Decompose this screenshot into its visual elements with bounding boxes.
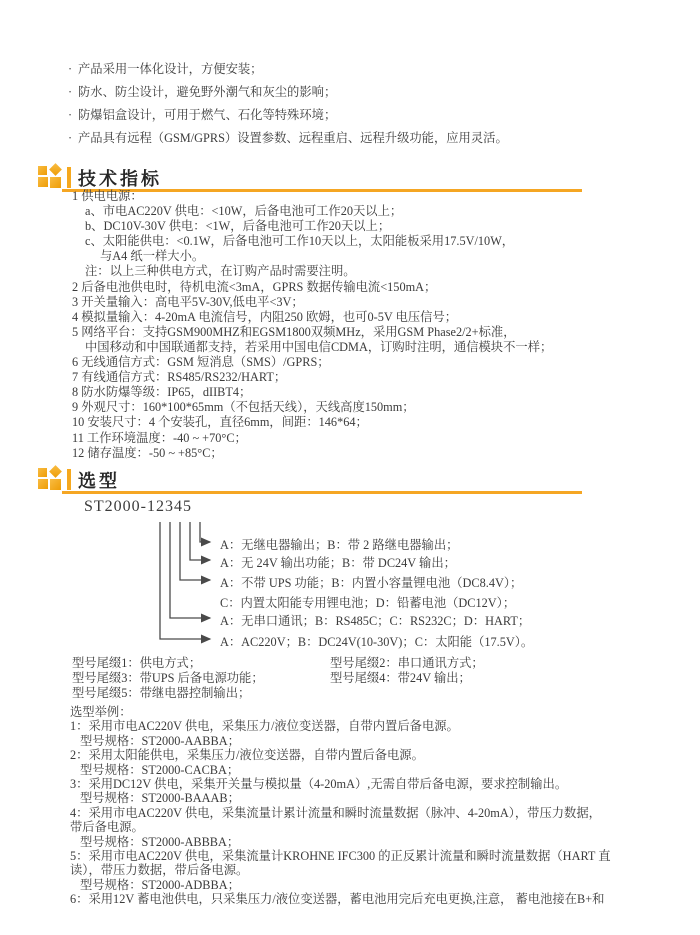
digit-legend-3: A：不带 UPS 功能；B：内置小容量锂电池（DC8.4V）； <box>220 573 522 591</box>
intro-bullet-text: 防水、防尘设计，避免野外潮气和灰尘的影响； <box>78 85 336 99</box>
spec-line: 3 开关量输入：高电平5V-30V,低电平<3V； <box>72 295 552 310</box>
spec-line: b、DC10V-30V 供电：<1W，后备电池可工作20天以上； <box>72 219 552 234</box>
example-spec: 型号规格：ST2000-CACBA； <box>70 763 611 777</box>
intro-bullet-text: 防爆铝盒设计，可用于燃气、石化等特殊环境； <box>78 108 336 122</box>
manual-page: ·产品采用一体化设计，方便安装； ·防水、防尘设计，避免野外潮气和灰尘的影响； … <box>0 0 700 935</box>
spec-line: 7 有线通信方式：RS485/RS232/HART； <box>72 370 552 385</box>
spec-line: a、市电AC220V 供电：<10W，后备电池可工作20天以上； <box>72 204 552 219</box>
example-line: 6：采用12V 蓄电池供电，只采集压力/液位变送器，蓄电池用完后充电更换,注意，… <box>70 892 611 906</box>
spec-line: c、太阳能供电：<0.1W，后备电池可工作10天以上，太阳能板采用17.5V/1… <box>72 234 552 249</box>
intro-bullet-list: ·产品采用一体化设计，方便安装； ·防水、防尘设计，避免野外潮气和灰尘的影响； … <box>68 58 508 150</box>
suffix-note-4: 型号尾缀4：带24V 输出； <box>330 668 471 686</box>
spec-line: 5 网络平台：支持GSM900MHZ和EGSM1800双频MHz，采用GSM P… <box>72 325 552 340</box>
header-accent-bar <box>67 167 71 188</box>
intro-bullet: ·产品具有远程（GSM/GPRS）设置参数、远程重启、远程升级功能，应用灵活。 <box>68 127 508 150</box>
tech-spec-list: 1 供电电源： a、市电AC220V 供电：<10W，后备电池可工作20天以上；… <box>72 189 552 461</box>
header-accent-bar <box>67 469 71 490</box>
spec-line: 8 防水防爆等级：IP65，dIIBT4； <box>72 385 552 400</box>
example-line: 2：采用太阳能供电，采集压力/液位变送器，自带内置后备电源。 <box>70 748 611 762</box>
example-spec: 型号规格：ST2000-BAAAB； <box>70 791 611 805</box>
intro-bullet-text: 产品具有远程（GSM/GPRS）设置参数、远程重启、远程升级功能，应用灵活。 <box>78 131 508 145</box>
digit-legend-3-continued: C：内置太阳能专用锂电池；D：铅蓄电池（DC12V）； <box>220 593 515 611</box>
digit-legend-2: A：无串口通讯；B：RS485C；C：RS232C；D：HART； <box>220 611 530 629</box>
spec-line: 12 储存温度：-50 ~ +85°C； <box>72 446 552 461</box>
orange-squares-icon <box>38 164 62 188</box>
example-line: 1：采用市电AC220V 供电，采集压力/液位变送器，自带内置后备电源。 <box>70 719 611 733</box>
spec-line: 与A4 纸一样大小。 <box>72 249 552 264</box>
bullet-dot-icon: · <box>68 81 78 104</box>
bullet-dot-icon: · <box>68 127 78 150</box>
selection-examples: 选型举例： 1：采用市电AC220V 供电，采集压力/液位变送器，自带内置后备电… <box>70 705 611 907</box>
spec-line: 11 工作环境温度：-40 ~ +70°C； <box>72 431 552 446</box>
spec-line: 1 供电电源： <box>72 189 552 204</box>
intro-bullet: ·防爆铝盒设计，可用于燃气、石化等特殊环境； <box>68 104 508 127</box>
orange-squares-icon <box>38 466 62 490</box>
digit-legend-1: A：AC220V；B：DC24V(10-30V)；C：太阳能（17.5V）。 <box>220 632 533 650</box>
example-line: 4：采用市电AC220V 供电，采集流量计累计流量和瞬时流量数据（脉冲、4-20… <box>70 806 611 820</box>
example-spec: 型号规格：ST2000-ADBBA； <box>70 878 611 892</box>
bullet-dot-icon: · <box>68 104 78 127</box>
spec-line: 9 外观尺寸：160*100*65mm（不包括天线），天线高度150mm； <box>72 400 552 415</box>
digit-legend-4: A：无 24V 输出功能；B：带 DC24V 输出； <box>220 553 456 571</box>
digit-legend-5: A：无继电器输出；B：带 2 路继电器输出； <box>220 535 458 553</box>
intro-bullet: ·产品采用一体化设计，方便安装； <box>68 58 508 81</box>
example-spec: 型号规格：ST2000-AABBA； <box>70 734 611 748</box>
header-underline <box>62 491 582 494</box>
spec-line: 注：以上三种供电方式，在订购产品时需要注明。 <box>72 264 552 279</box>
examples-title: 选型举例： <box>70 705 611 719</box>
intro-bullet-text: 产品采用一体化设计，方便安装； <box>78 62 262 76</box>
intro-bullet: ·防水、防尘设计，避免野外潮气和灰尘的影响； <box>68 81 508 104</box>
spec-line: 2 后备电池供电时，待机电流<3mA，GPRS 数据传输电流<150mA； <box>72 280 552 295</box>
example-line: 3：采用DC12V 供电，采集开关量与模拟量（4-20mA）,无需自带后备电源，… <box>70 777 611 791</box>
spec-line: 4 模拟量输入：4-20mA 电流信号，内阻250 欧姆，也可0-5V 电压信号… <box>72 310 552 325</box>
section-title: 技术指标 <box>78 165 162 191</box>
section-header-selection: 选型 <box>38 466 658 496</box>
example-line: 读），带压力数据，带后备电源。 <box>70 863 611 877</box>
spec-line: 10 安装尺寸：4 个安装孔，直径6mm，间距：146*64； <box>72 415 552 430</box>
model-code-diagram: ST2000-12345 A：无继电器输出；B：带 2 路继电器输出； A：无 … <box>0 498 700 650</box>
suffix-note-5: 型号尾缀5：带继电器控制输出； <box>72 683 250 701</box>
example-spec: 型号规格：ST2000-ABBBA； <box>70 835 611 849</box>
spec-line: 6 无线通信方式：GSM 短消息（SMS）/GPRS； <box>72 355 552 370</box>
bullet-dot-icon: · <box>68 58 78 81</box>
spec-line: 中国移动和中国联通都支持，若采用中国电信CDMA，订购时注明，通信模块不一样； <box>72 340 552 355</box>
section-title: 选型 <box>78 467 120 493</box>
example-line: 5：采用市电AC220V 供电，采集流量计KROHNE IFC300 的正反累计… <box>70 849 611 863</box>
example-line: 带后备电源。 <box>70 820 611 834</box>
